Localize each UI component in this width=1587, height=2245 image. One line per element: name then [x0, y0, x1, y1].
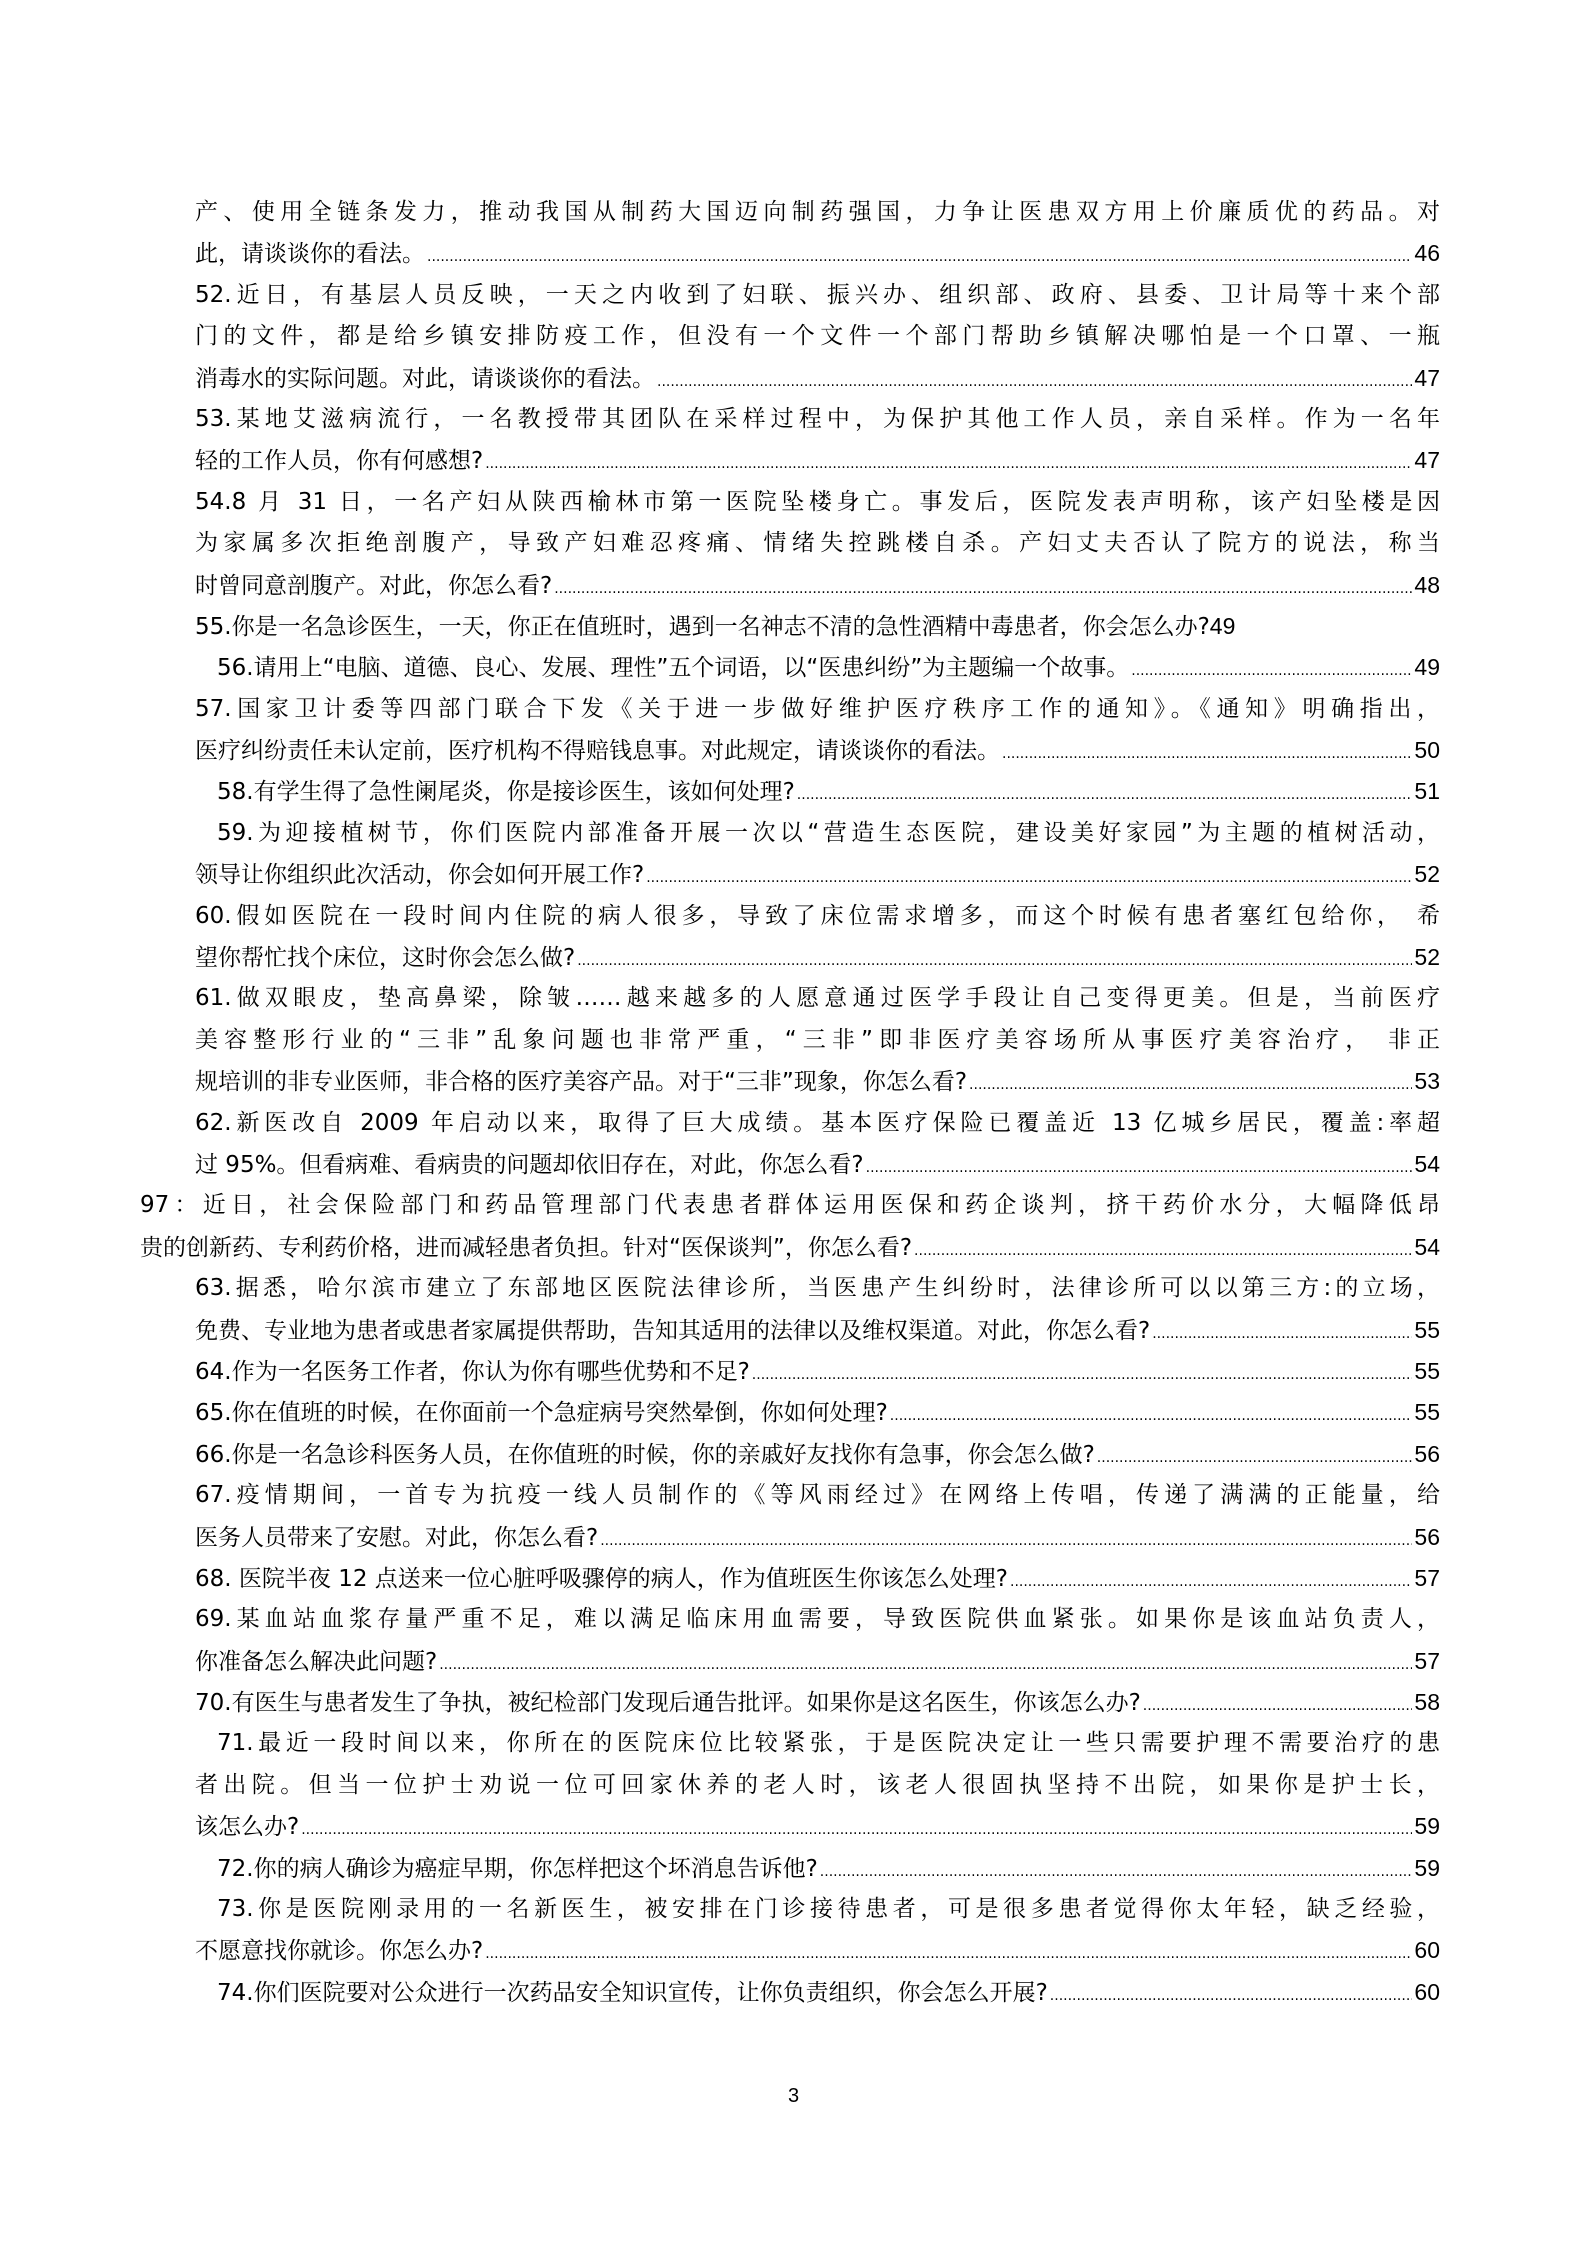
toc-entry[interactable]: 70.有医生与患者发生了争执，被纪检部门发现后通告批评。如果你是这名医生，你该怎… [195, 1682, 1440, 1723]
toc-page-number: 46 [1414, 233, 1440, 274]
toc-entry-text: 产、使用全链条发力，推动我国从制药大国迈向制药强国，力争让医患双方用上价廉质优的… [195, 192, 1440, 233]
toc-entry[interactable]: 56.请用上“电脑、道德、良心、发展、理性”五个词语，以“医患纠纷”为主题编一个… [195, 647, 1440, 688]
toc-page-number: 60 [1414, 1972, 1440, 2013]
toc-entry[interactable]: 67.疫情期间，一首专为抗疫一线人员制作的《等风雨经过》在网络上传唱，传递了满满… [195, 1475, 1440, 1558]
toc-page-number: 57 [1414, 1558, 1440, 1599]
toc-entry[interactable]: 69.某血站血浆存量严重不足，难以满足临床用血需要，导致医院供血紧张。如果你是该… [195, 1599, 1440, 1682]
dot-leader [969, 1065, 1412, 1102]
dot-leader [439, 1645, 1412, 1682]
dot-leader [1152, 1314, 1412, 1351]
toc-entry[interactable]: 73.你是医院刚录用的一名新医生，被安排在门诊接待患者，可是很多患者觉得你太年轻… [195, 1889, 1440, 1972]
toc-entry[interactable]: 65.你在值班的时候，在你面前一个急症病号突然晕倒，你如何处理?55 [195, 1392, 1440, 1433]
dot-leader [600, 1521, 1412, 1558]
toc-entry-text: 55.你是一名急诊医生，一天，你正在值班时，遇到一名神志不清的急性酒精中毒患者，… [195, 607, 1210, 647]
toc-entry-text: 52.近日，有基层人员反映，一天之内收到了妇联、振兴办、组织部、政府、县委、卫计… [195, 275, 1440, 316]
toc-entry-text: 54.8 月 31 日，一名产妇从陕西榆林市第一医院坠楼身亡。事发后，医院发表声… [195, 482, 1440, 523]
dot-leader [890, 1396, 1413, 1433]
toc-entry-text: 为家属多次拒绝剖腹产，导致产妇难忍疼痛、情绪失控跳楼自杀。产妇丈夫否认了院方的说… [195, 523, 1440, 564]
dot-leader [577, 941, 1412, 978]
toc-entry-text: 领导让你组织此次活动，你会如何开展工作? [195, 855, 644, 895]
toc-entry-text: 64.作为一名医务工作者，你认为你有哪些优势和不足? [195, 1352, 750, 1392]
toc-page-number: 56 [1414, 1517, 1440, 1558]
toc-entry[interactable]: 71.最近一段时间以来，你所在的医院床位比较紧张，于是医院决定让一些只需要护理不… [195, 1723, 1440, 1847]
toc-entry-text: 你准备怎么解决此问题? [195, 1642, 437, 1682]
dot-leader [1131, 651, 1412, 688]
toc-page-number: 48 [1414, 565, 1440, 606]
toc-entry-text: 规培训的非专业医师，非合格的医疗美容产品。对于“三非”现象，你怎么看? [195, 1062, 967, 1102]
toc-entry-text: 医务人员带来了安慰。对此，你怎么看? [195, 1518, 598, 1558]
toc-entry-text: 该怎么办? [195, 1807, 299, 1847]
dot-leader [485, 1934, 1412, 1971]
toc-entry-text: 门的文件，都是给乡镇安排防疫工作，但没有一个文件一个部门帮助乡镇解决哪怕是一个口… [195, 316, 1440, 357]
toc-entry-text: 轻的工作人员，你有何感想? [195, 441, 483, 481]
toc-entry-text: 时曾同意剖腹产。对此，你怎么看? [195, 566, 552, 606]
toc-entry-text: 61.做双眼皮，垫高鼻梁，除皱……越来越多的人愿意通过医学手段让自己变得更美。但… [195, 978, 1440, 1019]
toc-entry-text: 71.最近一段时间以来，你所在的医院床位比较紧张，于是医院决定让一些只需要护理不… [217, 1723, 1440, 1764]
toc-entry-text: 97：近日，社会保险部门和药品管理部门代表患者群体运用医保和药企谈判，挤干药价水… [140, 1185, 1440, 1226]
dot-leader [427, 237, 1412, 274]
toc-page-number: 55 [1414, 1351, 1440, 1392]
toc-entry[interactable]: 74.你们医院要对公众进行一次药品安全知识宣传，让你负责组织，你会怎么开展?60 [195, 1972, 1440, 2013]
toc-entry-text: 贵的创新药、专利药价格，进而减轻患者负担。针对“医保谈判”，你怎么看? [140, 1228, 912, 1268]
toc-entry[interactable]: 59.为迎接植树节，你们医院内部准备开展一次以“营造生态医院，建设美好家园”为主… [195, 813, 1440, 896]
toc-entry-text: 此，请谈谈你的看法。 [195, 234, 425, 274]
toc-entry-text: 72.你的病人确诊为癌症早期，你怎样把这个坏消息告诉他? [217, 1849, 818, 1889]
toc-entry-text: 免费、专业地为患者或患者家属提供帮助，告知其适用的法律以及维权渠道。对此，你怎么… [195, 1311, 1150, 1351]
toc-page-number: 59 [1414, 1806, 1440, 1847]
dot-leader [1002, 734, 1412, 771]
toc-page-number: 59 [1414, 1848, 1440, 1889]
toc-page-number: 58 [1414, 1682, 1440, 1723]
toc-entry-text: 65.你在值班的时候，在你面前一个急症病号突然晕倒，你如何处理? [195, 1393, 888, 1433]
toc-entry[interactable]: 64.作为一名医务工作者，你认为你有哪些优势和不足?55 [195, 1351, 1440, 1392]
toc-page-number: 55 [1414, 1310, 1440, 1351]
toc-entry[interactable]: 72.你的病人确诊为癌症早期，你怎样把这个坏消息告诉他?59 [195, 1848, 1440, 1889]
toc-entry-text: 69.某血站血浆存量严重不足，难以满足临床用血需要，导致医院供血紧张。如果你是该… [195, 1599, 1440, 1640]
toc-entry[interactable]: 66.你是一名急诊科医务人员，在你值班的时候，你的亲戚好友找你有急事，你会怎么做… [195, 1434, 1440, 1475]
toc-page-number: 49 [1210, 606, 1236, 647]
toc-entry-text: 53.某地艾滋病流行，一名教授带其团队在采样过程中，为保护其他工作人员，亲自采样… [195, 399, 1440, 440]
dot-leader [301, 1810, 1412, 1847]
toc-page-number: 52 [1414, 937, 1440, 978]
toc-page-number: 51 [1414, 771, 1440, 812]
dot-leader [554, 569, 1412, 606]
dot-leader [1010, 1562, 1412, 1599]
toc-entry-text: 58.有学生得了急性阑尾炎，你是接诊医生，该如何处理? [217, 772, 795, 812]
toc-page-number: 54 [1414, 1144, 1440, 1185]
toc-entry[interactable]: 58.有学生得了急性阑尾炎，你是接诊医生，该如何处理?51 [195, 771, 1440, 812]
toc-entry[interactable]: 97：近日，社会保险部门和药品管理部门代表患者群体运用医保和药企谈判，挤干药价水… [140, 1185, 1440, 1268]
dot-leader [646, 858, 1412, 895]
toc-page-number: 49 [1414, 647, 1440, 688]
toc-entry-text: 66.你是一名急诊科医务人员，在你值班的时候，你的亲戚好友找你有急事，你会怎么做… [195, 1435, 1095, 1475]
toc-entry-text: 56.请用上“电脑、道德、良心、发展、理性”五个词语，以“医患纠纷”为主题编一个… [217, 648, 1129, 688]
toc-entry[interactable]: 52.近日，有基层人员反映，一天之内收到了妇联、振兴办、组织部、政府、县委、卫计… [195, 275, 1440, 399]
toc-page-number: 57 [1414, 1641, 1440, 1682]
table-of-contents: 产、使用全链条发力，推动我国从制药大国迈向制药强国，力争让医患双方用上价廉质优的… [195, 192, 1440, 2013]
toc-page-number: 60 [1414, 1930, 1440, 1971]
dot-leader [1097, 1438, 1413, 1475]
toc-entry-text: 59.为迎接植树节，你们医院内部准备开展一次以“营造生态医院，建设美好家园”为主… [217, 813, 1440, 854]
dot-leader [914, 1231, 1412, 1268]
toc-page-number: 50 [1414, 730, 1440, 771]
toc-entry[interactable]: 57.国家卫计委等四部门联合下发《关于进一步做好维护医疗秩序工作的通知》。《通知… [195, 689, 1440, 772]
toc-page-number: 53 [1414, 1061, 1440, 1102]
toc-entry-text: 67.疫情期间，一首专为抗疫一线人员制作的《等风雨经过》在网络上传唱，传递了满满… [195, 1475, 1440, 1516]
dot-leader [797, 775, 1413, 812]
toc-entry[interactable]: 62.新医改自 2009 年启动以来，取得了巨大成绩。基本医疗保险已覆盖近 13… [195, 1103, 1440, 1186]
toc-entry-text: 57.国家卫计委等四部门联合下发《关于进一步做好维护医疗秩序工作的通知》。《通知… [195, 689, 1440, 730]
toc-page-number: 56 [1414, 1434, 1440, 1475]
toc-entry-text: 不愿意找你就诊。你怎么办? [195, 1931, 483, 1971]
dot-leader [1050, 1976, 1413, 2013]
toc-entry-text: 74.你们医院要对公众进行一次药品安全知识宣传，让你负责组织，你会怎么开展? [217, 1973, 1048, 2013]
toc-entry-text: 62.新医改自 2009 年启动以来，取得了巨大成绩。基本医疗保险已覆盖近 13… [195, 1103, 1440, 1144]
toc-entry[interactable]: 产、使用全链条发力，推动我国从制药大国迈向制药强国，力争让医患双方用上价廉质优的… [195, 192, 1440, 275]
toc-entry-text: 63.据悉，哈尔滨市建立了东部地区医院法律诊所，当医患产生纠纷时，法律诊所可以以… [195, 1268, 1440, 1309]
toc-page-number: 47 [1414, 358, 1440, 399]
toc-entry[interactable]: 55.你是一名急诊医生，一天，你正在值班时，遇到一名神志不清的急性酒精中毒患者，… [195, 606, 1440, 647]
toc-page-number: 47 [1414, 440, 1440, 481]
page-number: 3 [0, 2085, 1587, 2108]
toc-entry-text: 68. 医院半夜 12 点送来一位心脏呼吸骤停的病人，作为值班医生你该怎么处理? [195, 1559, 1008, 1599]
toc-entry[interactable]: 53.某地艾滋病流行，一名教授带其团队在采样过程中，为保护其他工作人员，亲自采样… [195, 399, 1440, 482]
dot-leader [752, 1355, 1413, 1392]
toc-entry-text: 美容整形行业的“三非”乱象问题也非常严重，“三非”即非医疗美容场所从事医疗美容治… [195, 1020, 1440, 1061]
toc-entry-text: 过 95%。但看病难、看病贵的问题却依旧存在，对此，你怎么看? [195, 1145, 864, 1185]
dot-leader [1143, 1686, 1413, 1723]
toc-entry-text: 望你帮忙找个床位，这时你会怎么做? [195, 938, 575, 978]
toc-entry[interactable]: 68. 医院半夜 12 点送来一位心脏呼吸骤停的病人，作为值班医生你该怎么处理?… [195, 1558, 1440, 1599]
toc-entry-text: 60.假如医院在一段时间内住院的病人很多，导致了床位需求增多，而这个时候有患者塞… [195, 896, 1440, 937]
dot-leader [485, 444, 1412, 481]
toc-entry[interactable]: 63.据悉，哈尔滨市建立了东部地区医院法律诊所，当医患产生纠纷时，法律诊所可以以… [195, 1268, 1440, 1351]
dot-leader [820, 1852, 1413, 1889]
toc-entry-text: 73.你是医院刚录用的一名新医生，被安排在门诊接待患者，可是很多患者觉得你太年轻… [217, 1889, 1440, 1930]
dot-leader [657, 362, 1412, 399]
toc-page-number: 52 [1414, 854, 1440, 895]
toc-page-number: 55 [1414, 1392, 1440, 1433]
toc-entry-text: 医疗纠纷责任未认定前，医疗机构不得赔钱息事。对此规定，请谈谈你的看法。 [195, 731, 1000, 771]
toc-entry-text: 者出院。但当一位护士劝说一位可回家休养的老人时，该老人很固执坚持不出院，如果你是… [195, 1765, 1440, 1806]
toc-entry[interactable]: 60.假如医院在一段时间内住院的病人很多，导致了床位需求增多，而这个时候有患者塞… [195, 896, 1440, 979]
dot-leader [866, 1148, 1413, 1185]
toc-entry[interactable]: 54.8 月 31 日，一名产妇从陕西榆林市第一医院坠楼身亡。事发后，医院发表声… [195, 482, 1440, 606]
toc-page-number: 54 [1414, 1227, 1440, 1268]
toc-entry[interactable]: 61.做双眼皮，垫高鼻梁，除皱……越来越多的人愿意通过医学手段让自己变得更美。但… [195, 978, 1440, 1102]
toc-entry-text: 70.有医生与患者发生了争执，被纪检部门发现后通告批评。如果你是这名医生，你该怎… [195, 1683, 1141, 1723]
toc-entry-text: 消毒水的实际问题。对此，请谈谈你的看法。 [195, 359, 655, 399]
